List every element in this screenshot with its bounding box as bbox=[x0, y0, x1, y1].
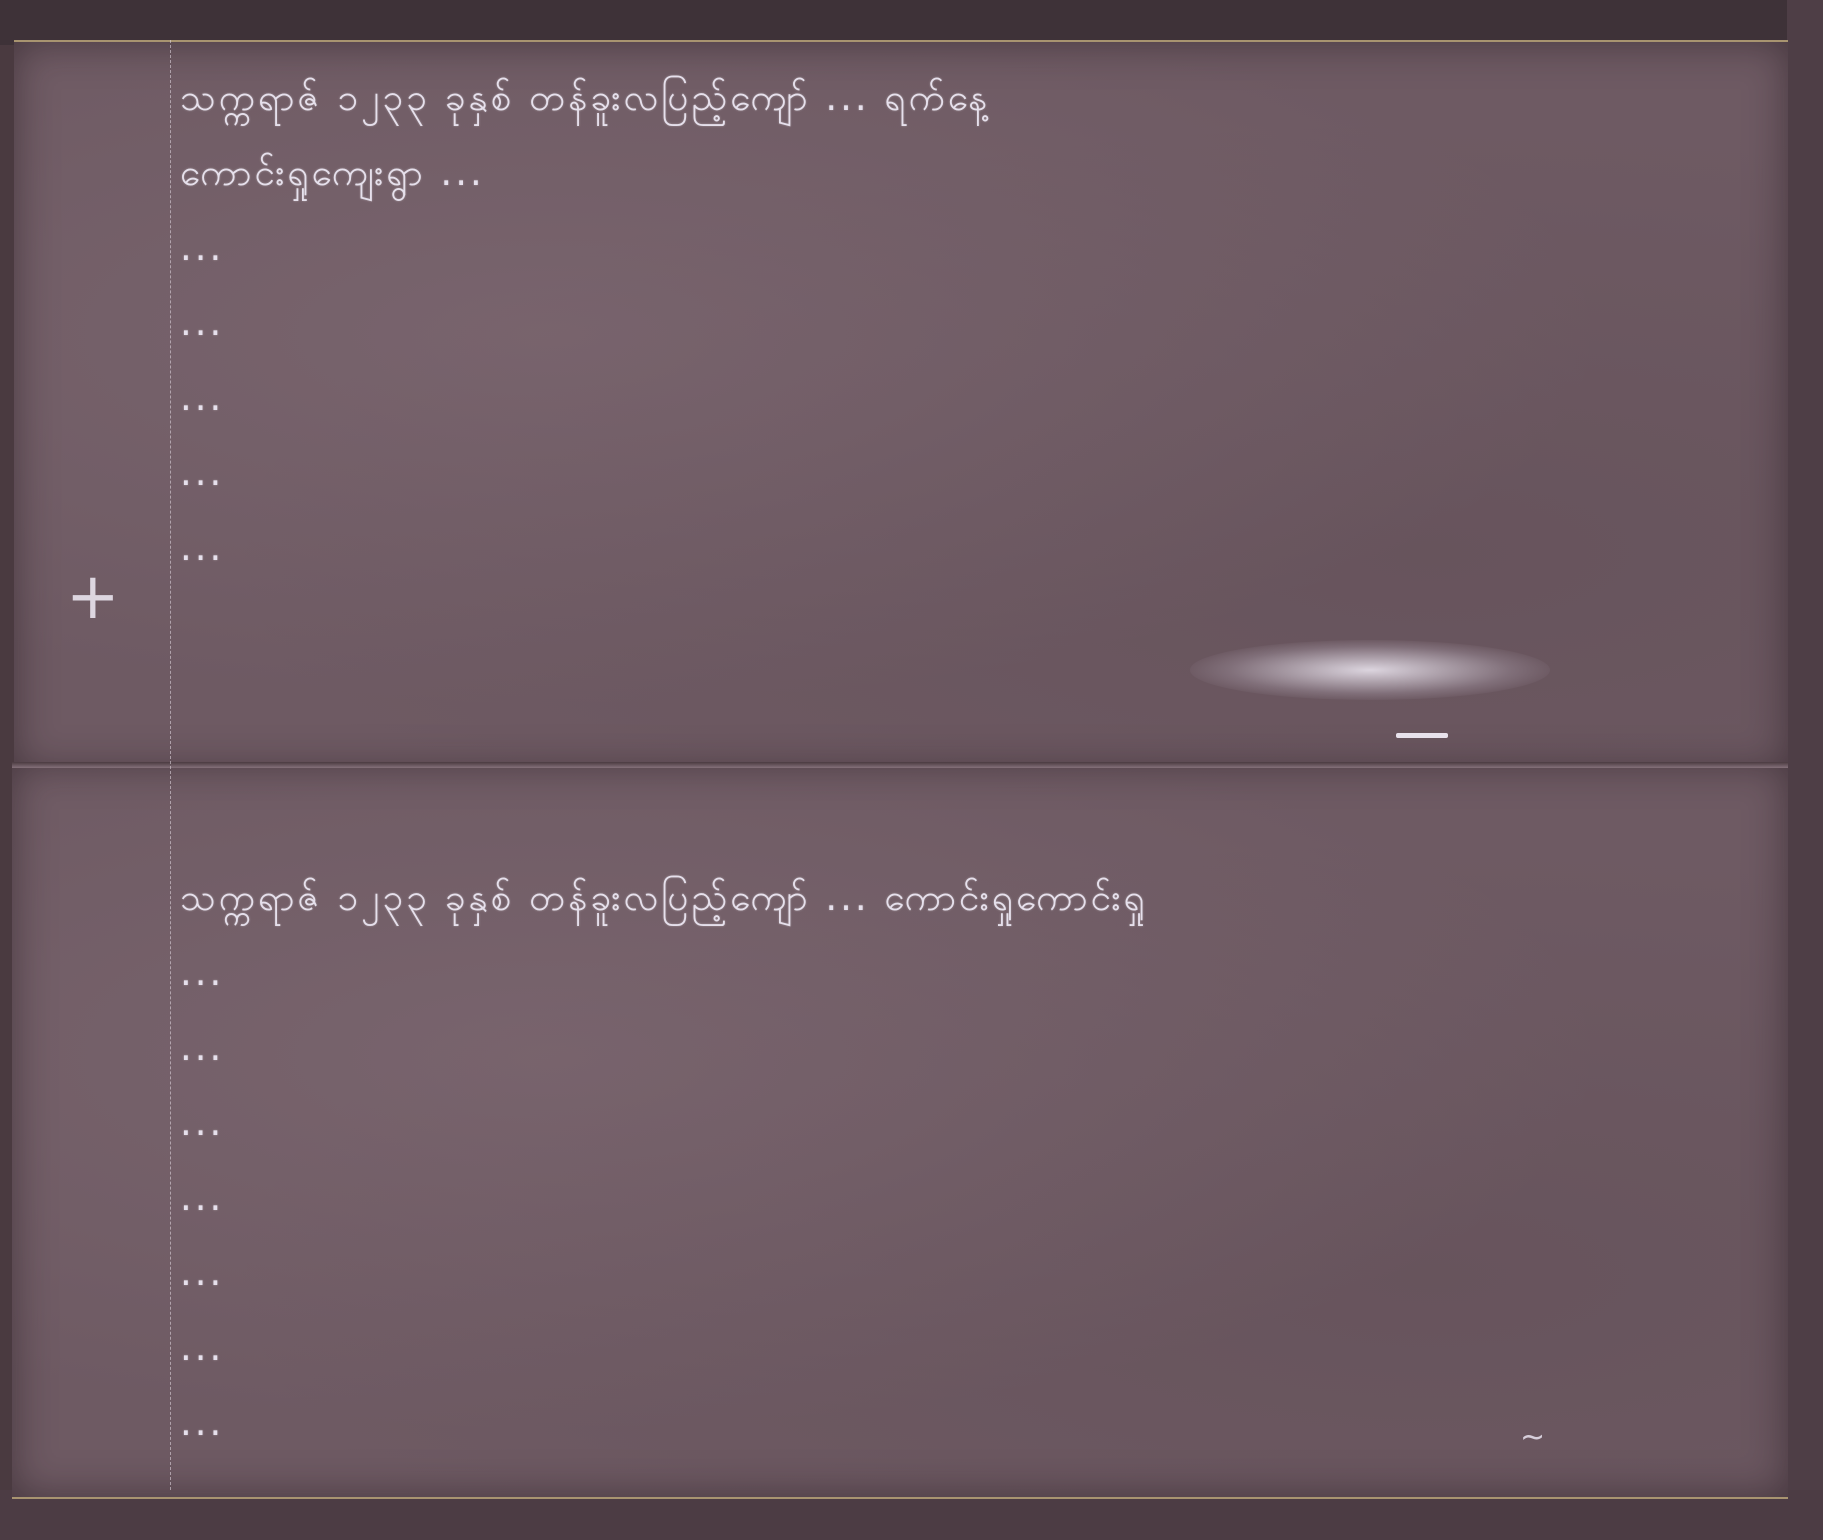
page-fold bbox=[12, 762, 1788, 768]
background-right bbox=[1787, 0, 1823, 1540]
text-line: ... bbox=[180, 1085, 1148, 1160]
text-line: ... bbox=[180, 1160, 1148, 1235]
dash-mark bbox=[1396, 733, 1448, 738]
text-line: ... bbox=[180, 935, 1148, 1010]
text-line: ... bbox=[180, 210, 990, 285]
text-line: သက္ကရာဇ် ၁၂၃၃ ခုနှစ် တန်ခူးလပြည့်ကျော် .… bbox=[180, 860, 1148, 935]
top-text-block: သက္ကရာဇ် ၁၂၃၃ ခုနှစ် တန်ခူးလပြည့်ကျော် .… bbox=[180, 60, 990, 585]
bottom-text-block: သက္ကရာဇ် ၁၂၃၃ ခုနှစ် တန်ခူးလပြည့်ကျော် .… bbox=[180, 860, 1148, 1460]
margin-ruling bbox=[170, 40, 171, 1490]
text-line: သက္ကရာဇ် ၁၂၃၃ ခုနှစ် တန်ခူးလပြည့်ကျော် .… bbox=[180, 60, 990, 135]
light-glare bbox=[1190, 640, 1550, 700]
text-line: ... bbox=[180, 435, 990, 510]
text-line: ... bbox=[180, 1235, 1148, 1310]
text-line: ... bbox=[180, 1010, 1148, 1085]
cross-mark: + bbox=[66, 565, 120, 629]
text-line: ... bbox=[180, 1385, 1148, 1460]
text-line: ... bbox=[180, 510, 990, 585]
text-line: ... bbox=[180, 285, 990, 360]
text-line: ကောင်းရှုကျေးရွာ ... bbox=[180, 135, 990, 210]
background-top bbox=[0, 0, 1823, 45]
text-line: ... bbox=[180, 360, 990, 435]
signature-mark: ~ bbox=[1520, 1420, 1545, 1455]
text-line: ... bbox=[180, 1310, 1148, 1385]
